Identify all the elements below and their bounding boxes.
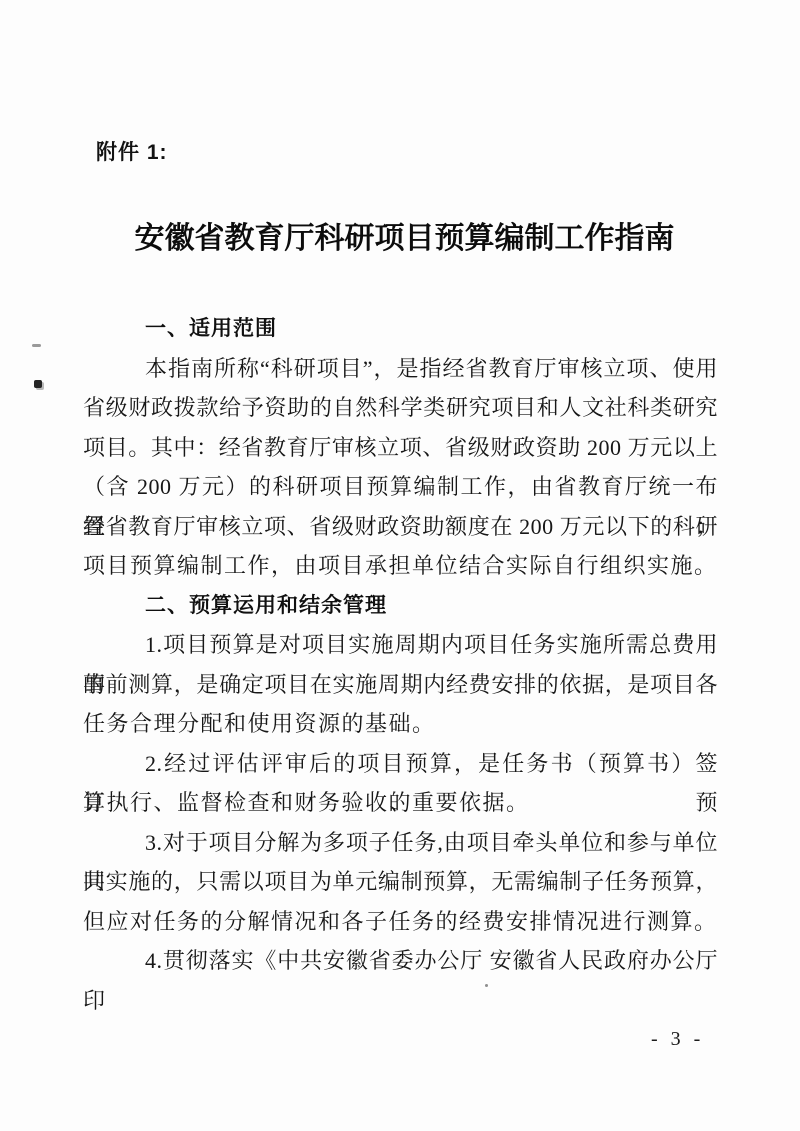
text-line: （含 200 万元）的科研项目预算编制工作，由省教育厅统一布置； <box>83 467 718 507</box>
document-page: 附件 1: 安徽省教育厅科研项目预算编制工作指南 一、适用范围 本指南所称“科研… <box>0 0 800 1131</box>
scan-speck <box>32 344 41 347</box>
text-line: 项目预算编制工作，由项目承担单位结合实际自行组织实施。 <box>83 546 718 586</box>
text-line: 1.项目预算是对项目实施周期内项目任务实施所需总费用的 <box>83 625 718 665</box>
text-line: 省级财政拨款给予资助的自然科学类研究项目和人文社科类研究 <box>83 388 718 428</box>
section-heading-2: 二、预算运用和结余管理 <box>83 586 718 626</box>
text-line: 事前测算，是确定项目在实施周期内经费安排的依据，是项目各 <box>83 665 718 705</box>
text-line: 经省教育厅审核立项、省级财政资助额度在 200 万元以下的科研 <box>83 507 718 547</box>
text-line: 但应对任务的分解情况和各子任务的经费安排情况进行测算。 <box>83 902 718 942</box>
text-line: 项目。其中：经省教育厅审核立项、省级财政资助 200 万元以上 <box>83 428 718 468</box>
text-line: 同实施的，只需以项目为单元编制预算，无需编制子任务预算， <box>83 862 718 902</box>
attachment-label: 附件 1: <box>96 138 168 168</box>
text-line: 4.贯彻落实《中共安徽省委办公厅 安徽省人民政府办公厅印 <box>83 941 718 981</box>
section-heading-1: 一、适用范围 <box>83 309 718 349</box>
page-number: - 3 - <box>651 1026 704 1052</box>
text-line: 本指南所称“科研项目”，是指经省教育厅审核立项、使用 <box>83 349 718 389</box>
scan-speck <box>34 380 42 388</box>
scan-speck <box>485 984 488 987</box>
document-title: 安徽省教育厅科研项目预算编制工作指南 <box>83 219 718 259</box>
document-body: 一、适用范围 本指南所称“科研项目”，是指经省教育厅审核立项、使用 省级财政拨款… <box>83 309 718 981</box>
text-line: 2.经过评估评审后的项目预算，是任务书（预算书）签订、预 <box>83 744 718 784</box>
text-line: 3.对于项目分解为多项子任务,由项目牵头单位和参与单位共 <box>83 823 718 863</box>
text-line: 任务合理分配和使用资源的基础。 <box>83 704 718 744</box>
